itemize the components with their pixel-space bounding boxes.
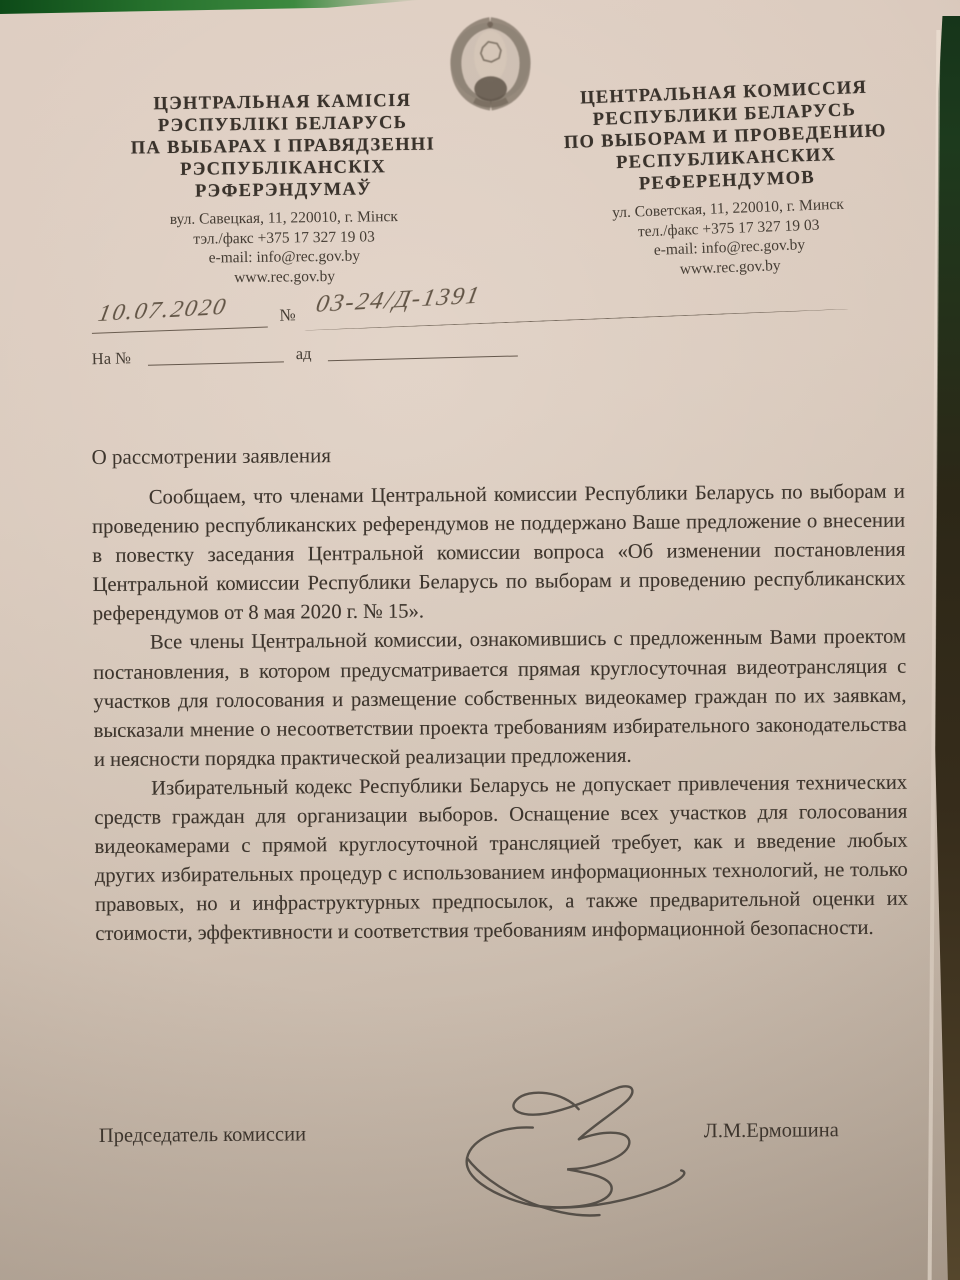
signature-scribble [428,1076,709,1238]
handwritten-date: 10.07.2020 [96,294,230,328]
org-address-by: вул. Савецкая, 11, 220010, г. Мінск тэл.… [89,206,480,289]
org-name-ru: ЦЕНТРАЛЬНАЯ КОМИССИЯ РЕСПУБЛИКИ БЕЛАРУСЬ… [546,75,905,198]
number-sign-label: № [279,305,296,325]
body-paragraph: Избирательный кодекс Республики Беларусь… [94,769,908,950]
letter-body: Сообщаем, что членами Центральной комисс… [92,478,909,950]
subject-line: О рассмотрении заявления [91,443,331,470]
letterhead-belarusian: ЦЭНТРАЛЬНАЯ КАМІСІЯ РЭСПУБЛІКІ БЕЛАРУСЬ … [87,89,480,289]
body-paragraph: Все члены Центральной комиссии, ознакоми… [93,623,907,775]
date-underline [92,327,268,334]
reply-number-label: На № [92,348,132,369]
reply-date-label: ад [295,344,311,364]
handwritten-outgoing-number: 03-24/Д-1391 [314,282,484,319]
reply-date-underline [328,355,518,361]
org-address-ru: ул. Советская, 11, 220010, г. Минск тел.… [550,192,908,283]
signer-name: Л.М.Ермошина [704,1119,839,1143]
letter-content: ЦЭНТРАЛЬНАЯ КАМІСІЯ РЭСПУБЛІКІ БЕЛАРУСЬ … [0,0,960,1280]
reply-number-underline [148,361,284,365]
letter-photo: ЦЭНТРАЛЬНАЯ КАМІСІЯ РЭСПУБЛІКІ БЕЛАРУСЬ … [0,0,960,1280]
letterhead-russian: ЦЕНТРАЛЬНАЯ КОМИССИЯ РЕСПУБЛИКИ БЕЛАРУСЬ… [546,75,908,283]
body-paragraph: Сообщаем, что членами Центральной комисс… [92,478,906,630]
org-name-line: РЭФЕРЭНДУМАЎ [88,177,478,204]
signer-title: Председатель комиссии [99,1123,306,1148]
org-name-by: ЦЭНТРАЛЬНАЯ КАМІСІЯ РЭСПУБЛІКІ БЕЛАРУСЬ … [87,89,478,204]
